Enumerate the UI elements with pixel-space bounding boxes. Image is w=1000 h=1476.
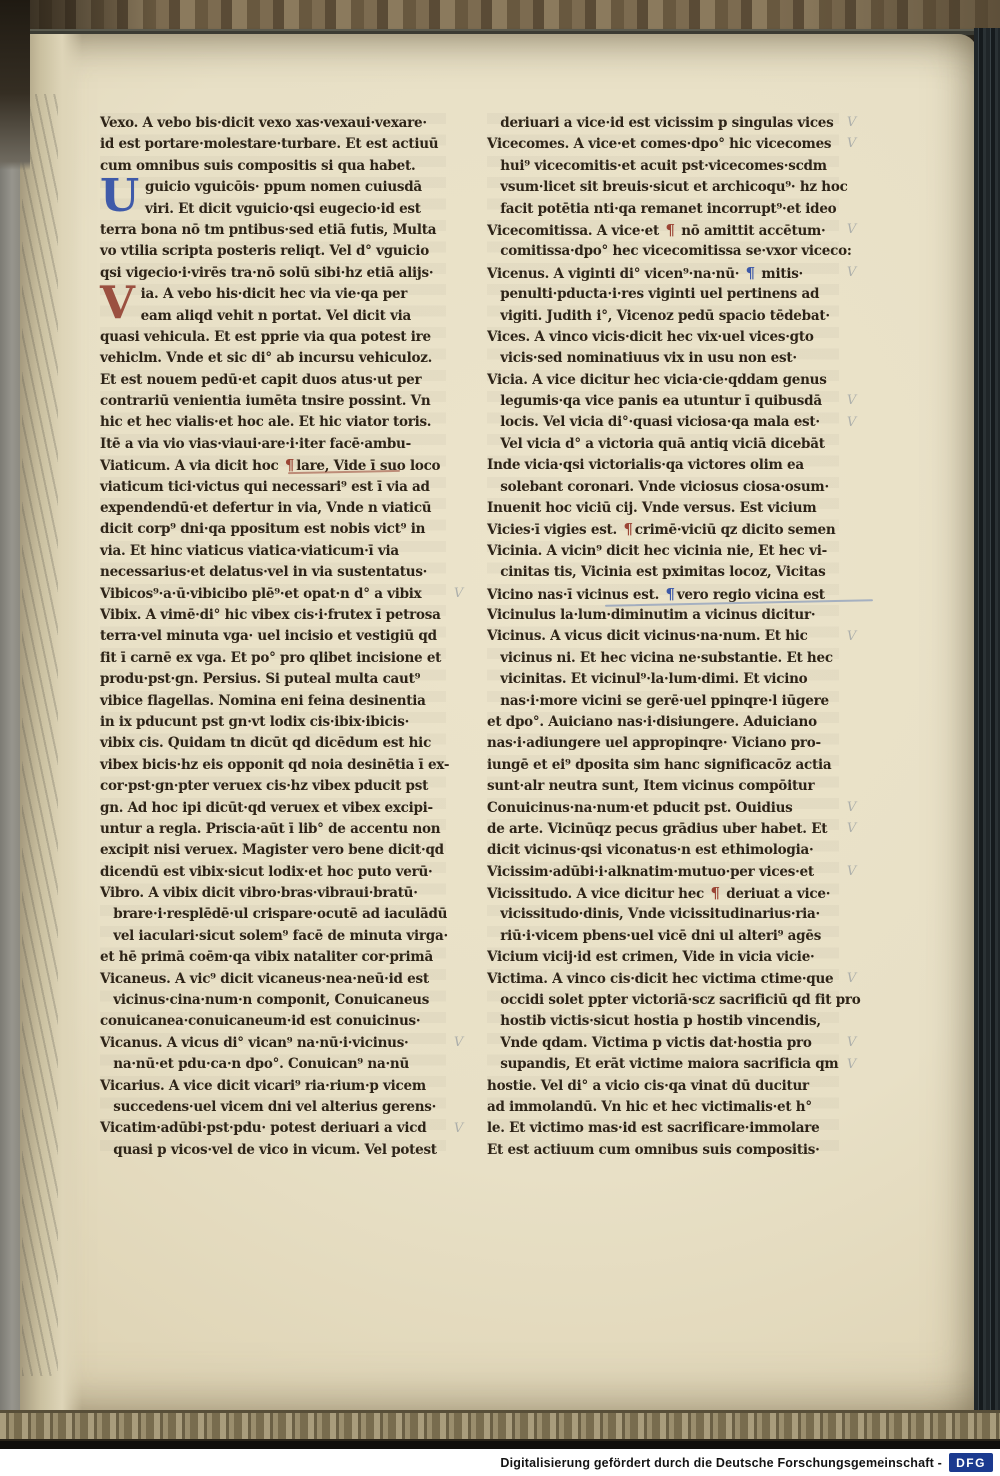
manuscript-text-line: hostie. Vel di° a vicio cis·qa vinat dū …	[487, 1076, 839, 1097]
manuscript-text-line: produ·pst·gn. Persius. Si puteal multa c…	[100, 669, 446, 690]
manuscript-text-line: viri. Et dicit vguicio·qsi eugecio·id es…	[100, 199, 446, 220]
paragraph-mark: ¶	[621, 520, 634, 538]
manuscript-text-line: na·nū·et pdu·ca·n dpo°. Conuican⁹ na·nū	[100, 1054, 446, 1075]
manuscript-text-line: locis. Vel vicia di°·quasi viciosa·qa ma…	[487, 412, 839, 433]
manuscript-text-line: riū·i·vicem pbens·uel vicē dni ul alteri…	[487, 926, 839, 947]
rubricator-guide-letter: V	[847, 116, 856, 130]
manuscript-text-line: cor·pst·gn·pter veruex cis·hz vibex pduc…	[100, 776, 446, 797]
rubricator-guide-letter: V	[847, 972, 856, 986]
manuscript-text-line: vicinus·cina·num·n componit, Conuicaneus	[100, 990, 446, 1011]
manuscript-text-line: Vicinia. A vicin⁹ dicit hec vicinia nie,…	[487, 541, 839, 562]
manuscript-text-line: terra·vel minuta vga· uel incisio et ves…	[100, 626, 446, 647]
manuscript-text-line: facit potētia nti·qa remanet incorrupt⁹·…	[487, 199, 839, 220]
paragraph-mark: ¶	[664, 585, 677, 603]
manuscript-text-line: Et est nouem pedū·et capit duos atus·ut …	[100, 370, 446, 391]
manuscript-text-line: Vicanus. A vicus di° vican⁹ na·nū·i·vici…	[100, 1033, 446, 1054]
manuscript-text-line: Vices. A vinco vicis·dicit hec vix·uel v…	[487, 327, 839, 348]
manuscript-text-line: cum omnibus suis compositis si qua habet…	[100, 156, 446, 177]
manuscript-text-line: vicinus ni. Et hec vicina ne·substantie.…	[487, 648, 839, 669]
paragraph-mark: ¶	[744, 264, 757, 282]
manuscript-text-line: ad immolandū. Vn hic et hec victimalis·e…	[487, 1097, 839, 1118]
manuscript-text-line: id est portare·molestare·turbare. Et est…	[100, 134, 446, 155]
rubricator-guide-letter: V	[847, 865, 856, 879]
illuminated-initial: U	[100, 178, 139, 218]
manuscript-text-line: eam aliqd vehit n portat. Vel dicit via	[100, 306, 446, 327]
manuscript-text-line: Vicissim·adūbi·i·alknatim·mutuo·per vice…	[487, 862, 839, 883]
manuscript-text-line: Vibro. A vibix dicit vibro·bras·vibraui·…	[100, 883, 446, 904]
manuscript-text-line: terra bona nō tm pntibus·sed etiā futis,…	[100, 220, 446, 241]
manuscript-text-line: brare·i·resplēdē·ul crispare·ocutē ad ia…	[100, 904, 446, 925]
manuscript-text-line: penulti·pducta·i·res viginti uel pertine…	[487, 284, 839, 305]
manuscript-text-line: vibex bicis·hz eis opponit qd noia desin…	[100, 755, 446, 776]
manuscript-text-line: Vibix. A vimē·di° hic vibex cis·i·frutex…	[100, 605, 446, 626]
rubricator-guide-letter: V	[847, 223, 856, 237]
rubricator-guide-letter: V	[847, 801, 856, 815]
text-column-right: deriuari a vice·id est vicissim p singul…	[487, 113, 839, 1161]
manuscript-text-line: quasi p vicos·vel de vico in vicum. Vel …	[100, 1140, 446, 1161]
manuscript-text-line: Victima. A vinco cis·dicit hec victima c…	[487, 969, 839, 990]
digitization-credit-bar: Digitalisierung gefördert durch die Deut…	[0, 1449, 1000, 1476]
manuscript-text-line: cinitas tis, Vicinia est pximitas locoz,…	[487, 562, 839, 583]
credit-text: Digitalisierung gefördert durch die Deut…	[500, 1456, 942, 1470]
manuscript-text-line: Vexo. A vebo bis·dicit vexo xas·vexaui·v…	[100, 113, 446, 134]
paragraph-mark: ¶	[708, 884, 721, 902]
manuscript-text-line: hostib victis·sicut hostia p hostib vinc…	[487, 1011, 839, 1032]
manuscript-text-line: supandis, Et erāt victime maiora sacrifi…	[487, 1054, 839, 1075]
manuscript-text-line: Vicenus. A viginti di° vicen⁹·na·nū· ¶ m…	[487, 263, 839, 284]
manuscript-text-line: Inde vicia·qsi victorialis·qa victores o…	[487, 455, 839, 476]
manuscript-text-line: hic et hec vialis·et hoc ale. Et hic via…	[100, 412, 446, 433]
manuscript-text-line: Viaticum. A via dicit hoc ¶lare, Vide ī …	[100, 455, 446, 476]
manuscript-text-line: vicis·sed nominatiuus vix in usu non est…	[487, 348, 839, 369]
dfg-logo: DFG	[949, 1453, 993, 1472]
previous-page-edge	[20, 34, 82, 1416]
manuscript-text-line: vel iaculari·sicut solem⁹ facē de minuta…	[100, 926, 446, 947]
manuscript-text-line: vicissitudo·dinis, Vnde vicissitudinariu…	[487, 904, 839, 925]
manuscript-text-line: viaticum tici·victus qui necessari⁹ est …	[100, 477, 446, 498]
manuscript-text-line: Itē a via vio vias·viaui·are·i·iter facē…	[100, 434, 446, 455]
book-fore-edge	[974, 28, 1000, 1443]
manuscript-text-line: necessarius·et delatus·vel in via susten…	[100, 562, 446, 583]
manuscript-text-line: nas·i·adiungere uel appropinqre· Viciano…	[487, 733, 839, 754]
illuminated-initial: V	[100, 285, 135, 325]
manuscript-text-line: nas·i·more vicini se gerē·uel ppinqre·l …	[487, 691, 839, 712]
rubricator-guide-letter: V	[847, 266, 856, 280]
manuscript-text-line: Vibicos⁹·a·ū·vibicibo plē⁹·et opat·n d° …	[100, 584, 446, 605]
rubricator-guide-letter: V	[847, 137, 856, 151]
cover-tooled-band	[0, 1410, 1000, 1442]
manuscript-text-line: et hē primā coēm·qa vibix nataliter cor·…	[100, 947, 446, 968]
manuscript-text-line: contrariū venientia iumēta tnsire possin…	[100, 391, 446, 412]
manuscript-text-line: via. Et hinc viaticus viatica·viaticum·ī…	[100, 541, 446, 562]
rubricator-guide-letter: V	[454, 1122, 463, 1136]
manuscript-text-line: Vicarius. A vice dicit vicari⁹ ria·rium·…	[100, 1076, 446, 1097]
manuscript-text-line: vo vtilia scripta posteris reliqt. Vel d…	[100, 241, 446, 262]
book-scan-photo: Vexo. A vebo bis·dicit vexo xas·vexaui·v…	[0, 0, 1000, 1476]
manuscript-text-line: le. Et victimo mas·id est sacrificare·im…	[487, 1118, 839, 1139]
manuscript-text-line: de arte. Vicinūqz pecus grādius uber hab…	[487, 819, 839, 840]
manuscript-text-line: quasi vehicula. Et est pprie via qua pot…	[100, 327, 446, 348]
manuscript-text-line: Vicia. A vice dicitur hec vicia·cie·qdda…	[487, 370, 839, 391]
rubricator-guide-letter: V	[847, 394, 856, 408]
rubricator-guide-letter: V	[847, 416, 856, 430]
manuscript-text-line: Inuenit hoc viciū cij. Vnde versus. Est …	[487, 498, 839, 519]
manuscript-text-line: untur a regla. Priscia·aūt ī lib° de acc…	[100, 819, 446, 840]
manuscript-text-line: legumis·qa vice panis ea utuntur ī quibu…	[487, 391, 839, 412]
book-gutter	[0, 0, 22, 1442]
binding-corner	[0, 0, 30, 170]
manuscript-text-line: dicit corp⁹ dni·qa ppositum est nobis vi…	[100, 519, 446, 540]
manuscript-text-line: vsum·licet sit breuis·sicut et archicoqu…	[487, 177, 839, 198]
manuscript-text-line: fit ī carnē ex vga. Et po° pro qlibet in…	[100, 648, 446, 669]
manuscript-text-line: excipit nisi veruex. Magister vero bene …	[100, 840, 446, 861]
manuscript-text-line: hui⁹ vicecomitis·et acuit pst·vicecomes·…	[487, 156, 839, 177]
manuscript-text-line: Vicecomes. A vice·et comes·dpo° hic vice…	[487, 134, 839, 155]
manuscript-text-line: Vicecomitissa. A vice·et ¶ nō amittit ac…	[487, 220, 839, 241]
manuscript-text-line: Vicatim·adūbi·pst·pdu· potest deriuari a…	[100, 1118, 446, 1139]
manuscript-page: Vexo. A vebo bis·dicit vexo xas·vexaui·v…	[20, 34, 978, 1416]
manuscript-text-line: deriuari a vice·id est vicissim p singul…	[487, 113, 839, 134]
text-column-left: Vexo. A vebo bis·dicit vexo xas·vexaui·v…	[100, 113, 446, 1161]
manuscript-text-line: vicinitas. Et vicinul⁹·la·lum·dimi. Et v…	[487, 669, 839, 690]
rubricator-guide-letter: V	[847, 630, 856, 644]
manuscript-text-line: qsi vigecio·i·virēs tra·nō solū sibi·hz …	[100, 263, 446, 284]
manuscript-text-line: comitissa·dpo° hec vicecomitissa se·vxor…	[487, 241, 839, 262]
cover-dark-edge	[0, 1441, 1000, 1449]
manuscript-text-line: expendendū·et defertur in via, Vnde n vi…	[100, 498, 446, 519]
manuscript-text-line: dicendū est vibix·sicut lodix·et hoc put…	[100, 862, 446, 883]
manuscript-text-line: Et est actiuum cum omnibus suis composit…	[487, 1140, 839, 1161]
manuscript-text-line: Vicies·ī vigies est. ¶crimē·viciū qz dic…	[487, 519, 839, 540]
manuscript-text-line: iungē et ei⁹ dposita sim hanc significac…	[487, 755, 839, 776]
rubricator-guide-letter: V	[847, 822, 856, 836]
manuscript-text-line: Uguicio vguicōis· ppum nomen cuiusdā	[100, 177, 446, 198]
rubricator-guide-letter: V	[847, 1036, 856, 1050]
rubricator-guide-letter: V	[454, 587, 463, 601]
manuscript-text-line: Vnde qdam. Victima p victis dat·hostia p…	[487, 1033, 839, 1054]
rubricator-guide-letter: V	[454, 1036, 463, 1050]
manuscript-text-line: Conuicinus·na·num·et pducit pst. Ouidius	[487, 798, 839, 819]
manuscript-text-line: Vicissitudo. A vice dicitur hec ¶ deriua…	[487, 883, 839, 904]
manuscript-text-line: vehiclm. Vnde et sic di° ab incursu vehi…	[100, 348, 446, 369]
manuscript-text-line: vigiti. Judith i°, Vicenoz pedū spacio t…	[487, 306, 839, 327]
manuscript-text-line: conuicanea·conuicaneum·id est conuicinus…	[100, 1011, 446, 1032]
manuscript-text-line: sunt·alr neutra sunt, Item vicinus compō…	[487, 776, 839, 797]
manuscript-text-line: solebant coronari. Vnde viciosus ciosa·o…	[487, 477, 839, 498]
manuscript-text-line: gn. Ad hoc ipi dicūt·qd veruex et vibex …	[100, 798, 446, 819]
manuscript-text-line: Vicaneus. A vic⁹ dicit vicaneus·nea·neū·…	[100, 969, 446, 990]
manuscript-text-line: vibice flagellas. Nomina eni feina desin…	[100, 691, 446, 712]
manuscript-text-line: et dpo°. Auiciano nas·i·disiungere. Adui…	[487, 712, 839, 733]
manuscript-text-line: occidi solet ppter victoriā·scz sacrific…	[487, 990, 839, 1011]
manuscript-text-line: Via. A vebo his·dicit hec via vie·qa per	[100, 284, 446, 305]
manuscript-text-line: in ix pducunt pst gn·vt lodix cis·ibix·i…	[100, 712, 446, 733]
manuscript-text-line: Vel vicia d° a victoria quā antiq viciā …	[487, 434, 839, 455]
rubricator-guide-letter: V	[847, 1058, 856, 1072]
manuscript-text-line: dicit vicinus·qsi viconatus·n est ethimo…	[487, 840, 839, 861]
manuscript-text-line: Vicium vicij·id est crimen, Vide in vici…	[487, 947, 839, 968]
manuscript-text-line: Vicinus. A vicus dicit vicinus·na·num. E…	[487, 626, 839, 647]
manuscript-text-line: vibix cis. Quidam tn dicūt qd dicēdum es…	[100, 733, 446, 754]
manuscript-text-line: Vicinulus la·lum·diminutim a vicinus dic…	[487, 605, 839, 626]
manuscript-text-line: succedens·uel vicem dni vel alterius ger…	[100, 1097, 446, 1118]
paragraph-mark: ¶	[663, 221, 676, 239]
